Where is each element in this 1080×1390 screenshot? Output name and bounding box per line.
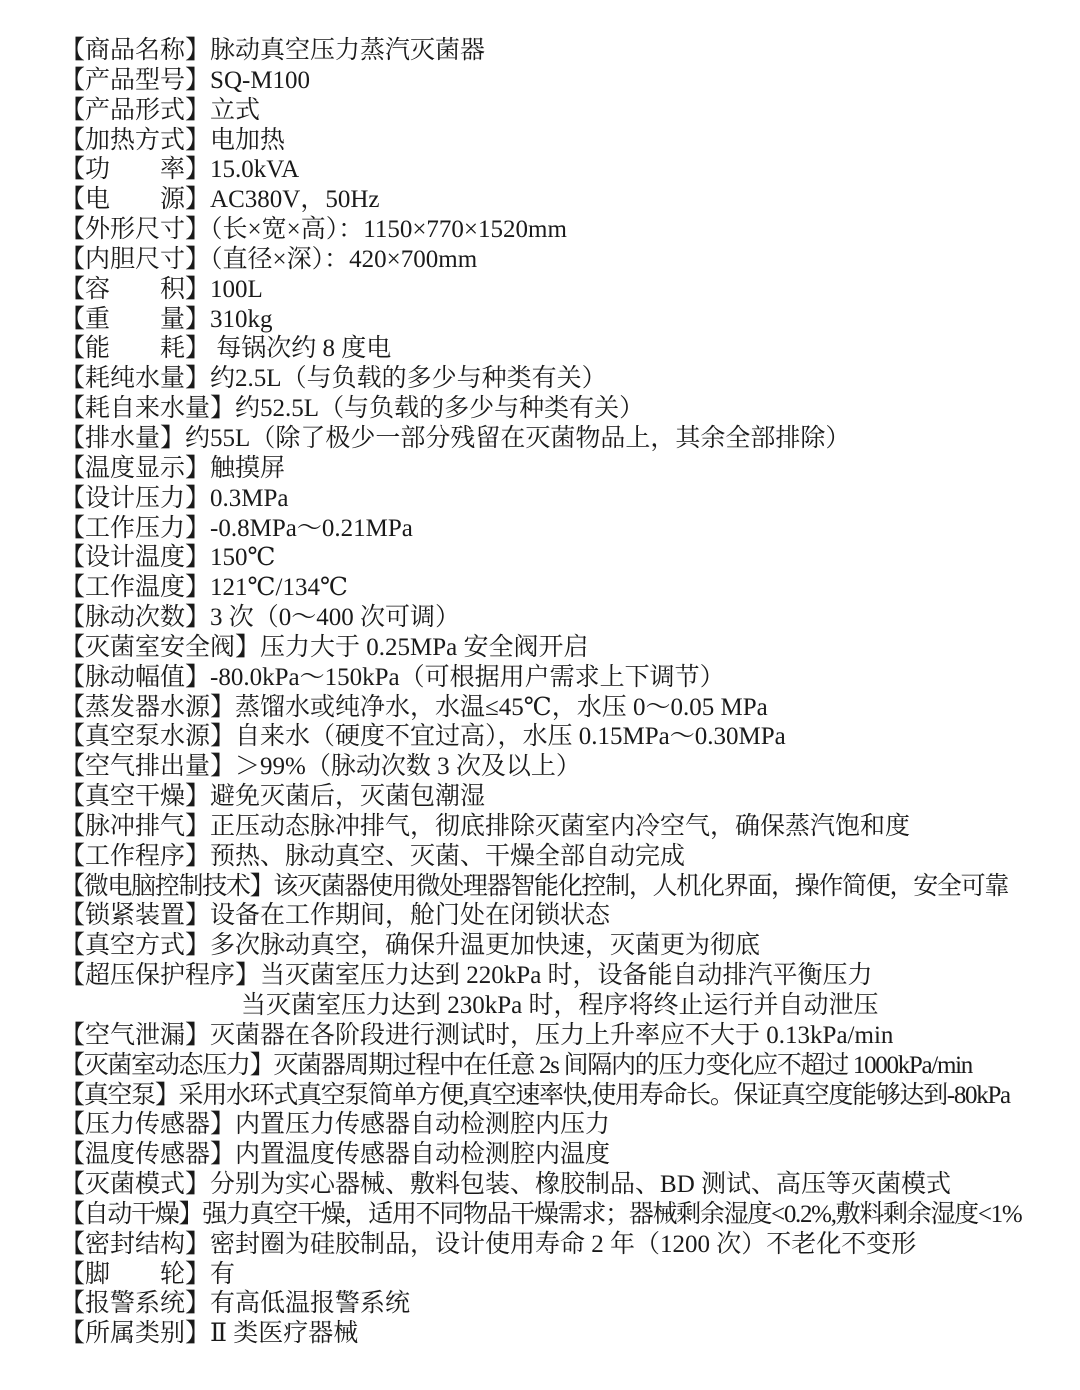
bracket-open: 【 xyxy=(60,634,85,661)
spec-value: 灭菌器周期过程中在任意 2s 间隔内的压力变化应不超过 1000kPa/min xyxy=(273,1052,972,1079)
spec-value: AC380V，50Hz xyxy=(210,186,379,213)
spec-label: 脉冲排气 xyxy=(85,813,185,840)
spec-row: 【工作压力】-0.8MPa～0.21MPa xyxy=(60,514,1062,544)
spec-label: 工作温度 xyxy=(85,574,185,601)
bracket-close: 】 xyxy=(185,455,210,482)
bracket-close: 】 xyxy=(185,276,210,303)
spec-label: 微电脑控制技术 xyxy=(84,873,250,900)
bracket-close: 】 xyxy=(185,515,210,542)
bracket-close: 】 xyxy=(185,1171,210,1198)
spec-value: 310kg xyxy=(210,306,273,333)
bracket-open: 【 xyxy=(60,1231,85,1258)
bracket-open: 【 xyxy=(60,455,85,482)
bracket-open: 【 xyxy=(60,365,85,392)
spec-value: 121℃/134℃ xyxy=(210,574,348,601)
bracket-close: 】 xyxy=(185,97,210,124)
bracket-close: 】 xyxy=(210,1111,235,1138)
spec-value: 密封圈为硅胶制品，设计使用寿命 2 年（1200 次）不老化不变形 xyxy=(210,1231,916,1258)
spec-row: 【真空泵】采用水环式真空泵简单方便,真空速率快,使用寿命长。保证真空度能够达到-… xyxy=(60,1081,1062,1111)
spec-row: 【微电脑控制技术】该灭菌器使用微处理器智能化控制，人机化界面，操作简便，安全可靠 xyxy=(60,872,1062,902)
spec-label: 灭菌室安全阀 xyxy=(85,634,235,661)
bracket-close: 】 xyxy=(185,246,210,273)
bracket-open: 【 xyxy=(60,246,85,273)
bracket-open: 【 xyxy=(60,425,85,452)
spec-label: 报警系统 xyxy=(85,1290,185,1317)
spec-value: 约55L（除了极少一部分残留在灭菌物品上，其余全部排除） xyxy=(185,425,850,452)
spec-label: 灭菌模式 xyxy=(85,1171,185,1198)
bracket-close: 】 xyxy=(185,544,210,571)
spec-value: ＞99%（脉动次数 3 次及以上） xyxy=(235,753,581,780)
spec-value: -0.8MPa～0.21MPa xyxy=(210,515,413,542)
spec-value: 有 xyxy=(210,1261,235,1288)
spec-value: 约2.5L（与负载的多少与种类有关） xyxy=(210,365,607,392)
bracket-open: 【 xyxy=(60,873,84,900)
spec-label: 排水量 xyxy=(85,425,160,452)
bracket-close: 】 xyxy=(185,365,210,392)
spec-label: 超压保护程序 xyxy=(85,962,235,989)
spec-label: 耗纯水量 xyxy=(85,365,185,392)
spec-row: 【工作程序】预热、脉动真空、灭菌、干燥全部自动完成 xyxy=(60,842,1062,872)
spec-label: 容 积 xyxy=(85,276,185,303)
spec-value: 每锅次约 8 度电 xyxy=(210,335,391,362)
spec-row: 【电 源】AC380V，50Hz xyxy=(60,185,1062,215)
spec-label: 能 耗 xyxy=(85,335,185,362)
bracket-close: 】 xyxy=(185,1022,210,1049)
spec-row: 【重 量】310kg xyxy=(60,305,1062,335)
spec-value: 脉动真空压力蒸汽灭菌器 xyxy=(210,37,485,64)
bracket-open: 【 xyxy=(60,515,85,542)
spec-value: 避免灭菌后，灭菌包潮湿 xyxy=(210,783,485,810)
spec-label: 产品型号 xyxy=(85,67,185,94)
spec-value: SQ-M100 xyxy=(210,67,310,94)
bracket-close: 】 xyxy=(179,1201,203,1228)
bracket-close: 】 xyxy=(185,127,210,154)
spec-row: 【脚 轮】有 xyxy=(60,1260,1062,1290)
bracket-close: 】 xyxy=(185,1261,210,1288)
bracket-open: 【 xyxy=(60,1171,85,1198)
spec-value: 该灭菌器使用微处理器智能化控制，人机化界面，操作简便，安全可靠 xyxy=(273,873,1008,900)
spec-value: 设备在工作期间，舱门处在闭锁状态 xyxy=(210,902,610,929)
bracket-open: 【 xyxy=(60,216,85,243)
spec-label: 自动干燥 xyxy=(84,1201,179,1228)
spec-label: 真空泵 xyxy=(84,1082,155,1109)
spec-row: 【压力传感器】内置压力传感器自动检测腔内压力 xyxy=(60,1110,1062,1140)
spec-label: 加热方式 xyxy=(85,127,185,154)
bracket-close: 】 xyxy=(185,902,210,929)
spec-label: 密封结构 xyxy=(85,1231,185,1258)
spec-label: 真空方式 xyxy=(85,932,185,959)
spec-value: 15.0kVA xyxy=(210,156,299,183)
bracket-close: 】 xyxy=(210,694,235,721)
bracket-open: 【 xyxy=(60,306,85,333)
bracket-open: 【 xyxy=(60,902,85,929)
spec-row: 【能 耗】 每锅次约 8 度电 xyxy=(60,334,1062,364)
spec-value: 预热、脉动真空、灭菌、干燥全部自动完成 xyxy=(210,843,685,870)
spec-value: 100L xyxy=(210,276,263,303)
spec-value: 3 次（0～400 次可调） xyxy=(210,604,460,631)
spec-value: 约52.5L（与负载的多少与种类有关） xyxy=(235,395,644,422)
spec-label: 功 率 xyxy=(85,156,185,183)
spec-row: 【灭菌室安全阀】压力大于 0.25MPa 安全阀开启 xyxy=(60,633,1062,663)
spec-row: 【空气排出量】＞99%（脉动次数 3 次及以上） xyxy=(60,752,1062,782)
spec-row: 【脉动次数】3 次（0～400 次可调） xyxy=(60,603,1062,633)
spec-value: 压力大于 0.25MPa 安全阀开启 xyxy=(260,634,588,661)
spec-label: 温度显示 xyxy=(85,455,185,482)
spec-value: 当灭菌室压力达到 230kPa 时，程序将终止运行并自动泄压 xyxy=(241,992,879,1019)
bracket-close: 】 xyxy=(235,634,260,661)
spec-row: 【锁紧装置】设备在工作期间，舱门处在闭锁状态 xyxy=(60,901,1062,931)
bracket-open: 【 xyxy=(60,813,85,840)
spec-row: 【灭菌室动态压力】灭菌器周期过程中在任意 2s 间隔内的压力变化应不超过 100… xyxy=(60,1051,1062,1081)
bracket-open: 【 xyxy=(60,753,85,780)
spec-label: 工作压力 xyxy=(85,515,185,542)
spec-label: 电 源 xyxy=(85,186,185,213)
spec-row: 【加热方式】电加热 xyxy=(60,126,1062,156)
bracket-close: 】 xyxy=(185,932,210,959)
bracket-close: 】 xyxy=(235,962,260,989)
bracket-open: 【 xyxy=(60,186,85,213)
spec-value: 采用水环式真空泵简单方便,真空速率快,使用寿命长。保证真空度能够达到-80kPa xyxy=(179,1082,1010,1109)
spec-value: 强力真空干燥，适用不同物品干燥需求；器械剩余湿度<0.2%,敷料剩余湿度<1% xyxy=(202,1201,1021,1228)
bracket-open: 【 xyxy=(60,544,85,571)
bracket-close: 】 xyxy=(185,216,210,243)
spec-label: 锁紧装置 xyxy=(85,902,185,929)
spec-label: 设计温度 xyxy=(85,544,185,571)
bracket-open: 【 xyxy=(60,67,85,94)
spec-row: 【脉冲排气】正压动态脉冲排气，彻底排除灭菌室内冷空气，确保蒸汽饱和度 xyxy=(60,812,1062,842)
spec-label: 温度传感器 xyxy=(85,1141,210,1168)
bracket-open: 【 xyxy=(60,1320,85,1347)
bracket-close: 】 xyxy=(250,1052,274,1079)
spec-row: 【容 积】100L xyxy=(60,275,1062,305)
spec-label: 设计压力 xyxy=(85,485,185,512)
spec-label: 脉动次数 xyxy=(85,604,185,631)
spec-row: 【内胆尺寸】（直径×深）：420×700mm xyxy=(60,245,1062,275)
spec-value: 正压动态脉冲排气，彻底排除灭菌室内冷空气，确保蒸汽饱和度 xyxy=(210,813,910,840)
spec-label: 外形尺寸 xyxy=(85,216,185,243)
spec-row: 【功 率】15.0kVA xyxy=(60,155,1062,185)
spec-row: 当灭菌室压力达到 230kPa 时，程序将终止运行并自动泄压 xyxy=(60,991,1062,1021)
spec-row: 【设计压力】0.3MPa xyxy=(60,484,1062,514)
spec-row: 【真空方式】多次脉动真空，确保升温更加快速，灭菌更为彻底 xyxy=(60,931,1062,961)
bracket-open: 【 xyxy=(60,37,85,64)
spec-value: 有高低温报警系统 xyxy=(210,1290,410,1317)
spec-value: 灭菌器在各阶段进行测试时，压力上升率应不大于 0.13kPa/min xyxy=(210,1022,893,1049)
spec-row: 【超压保护程序】当灭菌室压力达到 220kPa 时，设备能自动排汽平衡压力 xyxy=(60,961,1062,991)
spec-row: 【自动干燥】强力真空干燥，适用不同物品干燥需求；器械剩余湿度<0.2%,敷料剩余… xyxy=(60,1200,1062,1230)
bracket-close: 】 xyxy=(185,37,210,64)
spec-label: 真空泵水源 xyxy=(85,723,210,750)
spec-value: 电加热 xyxy=(210,127,285,154)
spec-label: 工作程序 xyxy=(85,843,185,870)
bracket-open: 【 xyxy=(60,156,85,183)
spec-label: 内胆尺寸 xyxy=(85,246,185,273)
spec-value: 0.3MPa xyxy=(210,485,288,512)
bracket-open: 【 xyxy=(60,723,85,750)
spec-label: 脉动幅值 xyxy=(85,664,185,691)
spec-label: 所属类别 xyxy=(85,1320,185,1347)
bracket-close: 】 xyxy=(185,843,210,870)
spec-label: 重 量 xyxy=(85,306,185,333)
spec-row: 【设计温度】150℃ xyxy=(60,543,1062,573)
product-spec-page: 【商品名称】脉动真空压力蒸汽灭菌器【产品型号】SQ-M100【产品形式】立式【加… xyxy=(0,0,1080,1390)
spec-row: 【温度传感器】内置温度传感器自动检测腔内温度 xyxy=(60,1140,1062,1170)
spec-label: 蒸发器水源 xyxy=(85,694,210,721)
bracket-open: 【 xyxy=(60,664,85,691)
bracket-open: 【 xyxy=(60,962,85,989)
bracket-open: 【 xyxy=(60,694,85,721)
spec-row: 【耗自来水量】约52.5L（与负载的多少与种类有关） xyxy=(60,394,1062,424)
spec-row: 【排水量】约55L（除了极少一部分残留在灭菌物品上，其余全部排除） xyxy=(60,424,1062,454)
bracket-open: 【 xyxy=(60,783,85,810)
spec-row: 【蒸发器水源】蒸馏水或纯净水，水温≤45℃，水压 0～0.05 MPa xyxy=(60,693,1062,723)
spec-label: 空气排出量 xyxy=(85,753,210,780)
spec-label: 产品形式 xyxy=(85,97,185,124)
spec-value: （长×宽×高）：1150×770×1520mm xyxy=(210,216,567,243)
spec-row: 【工作温度】121℃/134℃ xyxy=(60,573,1062,603)
bracket-open: 【 xyxy=(60,1082,84,1109)
spec-value: 立式 xyxy=(210,97,260,124)
bracket-close: 】 xyxy=(185,306,210,333)
bracket-open: 【 xyxy=(60,485,85,512)
spec-label: 脚 轮 xyxy=(85,1261,185,1288)
bracket-close: 】 xyxy=(185,156,210,183)
bracket-close: 】 xyxy=(185,783,210,810)
bracket-close: 】 xyxy=(185,485,210,512)
bracket-close: 】 xyxy=(185,335,210,362)
spec-row: 【耗纯水量】约2.5L（与负载的多少与种类有关） xyxy=(60,364,1062,394)
bracket-open: 【 xyxy=(60,97,85,124)
bracket-close: 】 xyxy=(160,425,185,452)
bracket-open: 【 xyxy=(60,1201,84,1228)
spec-value: 分别为实心器械、敷料包装、橡胶制品、BD 测试、高压等灭菌模式 xyxy=(210,1171,951,1198)
spec-value: 蒸馏水或纯净水，水温≤45℃，水压 0～0.05 MPa xyxy=(235,694,768,721)
spec-row: 【空气泄漏】灭菌器在各阶段进行测试时，压力上升率应不大于 0.13kPa/min xyxy=(60,1021,1062,1051)
bracket-close: 】 xyxy=(185,1231,210,1258)
bracket-open: 【 xyxy=(60,1052,84,1079)
bracket-open: 【 xyxy=(60,395,85,422)
bracket-close: 】 xyxy=(185,574,210,601)
bracket-open: 【 xyxy=(60,1111,85,1138)
bracket-open: 【 xyxy=(60,574,85,601)
bracket-close: 】 xyxy=(185,664,210,691)
bracket-open: 【 xyxy=(60,1141,85,1168)
spec-row: 【温度显示】触摸屏 xyxy=(60,454,1062,484)
bracket-open: 【 xyxy=(60,1022,85,1049)
bracket-open: 【 xyxy=(60,932,85,959)
bracket-open: 【 xyxy=(60,1290,85,1317)
bracket-close: 】 xyxy=(185,1320,210,1347)
bracket-open: 【 xyxy=(60,335,85,362)
spec-row: 【所属类别】Ⅱ 类医疗器械 xyxy=(60,1319,1062,1349)
spec-row: 【真空干燥】避免灭菌后，灭菌包潮湿 xyxy=(60,782,1062,812)
bracket-open: 【 xyxy=(60,1261,85,1288)
bracket-close: 】 xyxy=(210,1141,235,1168)
bracket-open: 【 xyxy=(60,127,85,154)
spec-value: 多次脉动真空，确保升温更加快速，灭菌更为彻底 xyxy=(210,932,760,959)
spec-list: 【商品名称】脉动真空压力蒸汽灭菌器【产品型号】SQ-M100【产品形式】立式【加… xyxy=(60,36,1062,1349)
bracket-close: 】 xyxy=(250,873,274,900)
bracket-close: 】 xyxy=(210,723,235,750)
bracket-open: 【 xyxy=(60,843,85,870)
bracket-open: 【 xyxy=(60,276,85,303)
spec-value: 内置压力传感器自动检测腔内压力 xyxy=(235,1111,610,1138)
bracket-close: 】 xyxy=(185,813,210,840)
bracket-close: 】 xyxy=(185,604,210,631)
spec-row: 【脉动幅值】-80.0kPa～150kPa（可根据用户需求上下调节） xyxy=(60,663,1062,693)
spec-value: 当灭菌室压力达到 220kPa 时，设备能自动排汽平衡压力 xyxy=(260,962,873,989)
bracket-open: 【 xyxy=(60,604,85,631)
spec-label: 真空干燥 xyxy=(85,783,185,810)
bracket-close: 】 xyxy=(185,1290,210,1317)
spec-label: 灭菌室动态压力 xyxy=(84,1052,250,1079)
spec-row: 【产品形式】立式 xyxy=(60,96,1062,126)
spec-row: 【报警系统】有高低温报警系统 xyxy=(60,1289,1062,1319)
spec-label: 耗自来水量 xyxy=(85,395,210,422)
spec-label: 空气泄漏 xyxy=(85,1022,185,1049)
spec-value: -80.0kPa～150kPa（可根据用户需求上下调节） xyxy=(210,664,725,691)
spec-value: 内置温度传感器自动检测腔内温度 xyxy=(235,1141,610,1168)
spec-row: 【灭菌模式】分别为实心器械、敷料包装、橡胶制品、BD 测试、高压等灭菌模式 xyxy=(60,1170,1062,1200)
bracket-close: 】 xyxy=(155,1082,179,1109)
bracket-close: 】 xyxy=(185,67,210,94)
spec-row: 【真空泵水源】自来水（硬度不宜过高），水压 0.15MPa～0.30MPa xyxy=(60,722,1062,752)
spec-label: 压力传感器 xyxy=(85,1111,210,1138)
spec-value: 自来水（硬度不宜过高），水压 0.15MPa～0.30MPa xyxy=(235,723,786,750)
spec-row: 【密封结构】密封圈为硅胶制品，设计使用寿命 2 年（1200 次）不老化不变形 xyxy=(60,1230,1062,1260)
spec-label: 商品名称 xyxy=(85,37,185,64)
spec-value: Ⅱ 类医疗器械 xyxy=(210,1320,358,1347)
bracket-close: 】 xyxy=(210,753,235,780)
spec-row: 【产品型号】SQ-M100 xyxy=(60,66,1062,96)
spec-value: 触摸屏 xyxy=(210,455,285,482)
spec-row: 【外形尺寸】（长×宽×高）：1150×770×1520mm xyxy=(60,215,1062,245)
bracket-close: 】 xyxy=(210,395,235,422)
bracket-close: 】 xyxy=(185,186,210,213)
spec-row: 【商品名称】脉动真空压力蒸汽灭菌器 xyxy=(60,36,1062,66)
spec-value: （直径×深）：420×700mm xyxy=(210,246,477,273)
spec-value: 150℃ xyxy=(210,544,275,571)
